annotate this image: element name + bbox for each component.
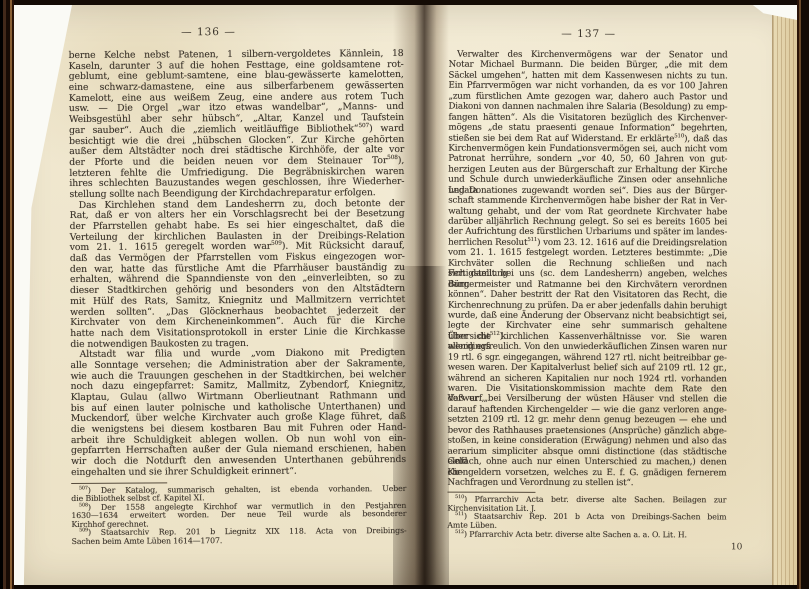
photo-frame-right bbox=[797, 0, 809, 589]
text-line: chengeldern vorsetzen, welches zu E. f. … bbox=[448, 467, 727, 478]
right-page-number-header: — 137 — bbox=[449, 28, 729, 41]
footnote-block: 507) Der Katalog, summarisch gehalten, i… bbox=[71, 484, 406, 546]
text-line: Nachfragen und Verordnung zu stellen ist… bbox=[447, 478, 726, 489]
text-line: daß er „bei Versilberung der wüsten Häus… bbox=[448, 394, 727, 405]
book-photo: — 136 — berne Kelche nebst Patenen, 1 si… bbox=[0, 0, 809, 589]
text-line: schaft stammende Kirchenvermögen habe bi… bbox=[448, 196, 727, 207]
text-line: eingehalten und sie ihrer Schuldigkeit e… bbox=[71, 466, 406, 479]
text-line: Patronat herrühre, sondern „vor 40, 50, … bbox=[448, 154, 727, 165]
left-page-body: berne Kelche nebst Patenen, 1 silbern-ve… bbox=[69, 49, 407, 479]
text-line: waltung gehabt, und der vom Rat geordnet… bbox=[448, 206, 727, 217]
text-line: Notar Michael Burmann. Die beiden Bürger… bbox=[449, 60, 728, 71]
text-line: setzten 2109 rtl. 12 gr. mehr denn genug… bbox=[448, 415, 727, 426]
text-line: einfach, ohne auch nur einen Unterschied… bbox=[448, 457, 727, 468]
text-line: stießen sie bei dem Rat auf Widerstand. … bbox=[448, 133, 727, 144]
signature-mark: 10 bbox=[447, 542, 742, 553]
text-line: wenig erfreulich. Von den unwiederkäufli… bbox=[448, 342, 727, 353]
text-line: der Aufrichtung des fürstlichen Urbarium… bbox=[448, 227, 727, 238]
text-line: während an sicheren Kapitalien nur noch … bbox=[448, 373, 727, 384]
footnote-rule bbox=[447, 492, 535, 493]
right-page-body: Verwalter des Kirchenvermögens war der S… bbox=[447, 50, 727, 489]
left-page-number-header: — 136 — bbox=[68, 25, 348, 39]
footnote-line: 512) Pfarrarchiv Acta betr. diverse alte… bbox=[447, 530, 726, 539]
text-line: Diakoni von dannen nachmalen ihre Salari… bbox=[448, 102, 727, 113]
left-page-footnotes: 507) Der Katalog, summarisch gehalten, i… bbox=[71, 480, 406, 546]
text-line: stoßen, in keine consideration (Erwägung… bbox=[448, 436, 727, 447]
photo-frame-left bbox=[0, 0, 14, 589]
footnote-rule bbox=[71, 482, 167, 484]
right-page-footnotes: 510) Pfarrarchiv Acta betr. diverse alte… bbox=[447, 492, 726, 539]
right-page: — 137 — Verwalter des Kirchenvermögens w… bbox=[447, 28, 728, 553]
photo-frame-top bbox=[0, 0, 809, 5]
text-line: Ein Pfarrvermögen war nicht vorhanden, d… bbox=[449, 81, 728, 92]
text-line: und Schule durch unwiederkäufliche Zinse… bbox=[448, 175, 727, 186]
footnote-block: 510) Pfarrarchiv Acta betr. diverse alte… bbox=[447, 496, 726, 539]
text-line: sich damit bei uns (sc. dem Landesherrn)… bbox=[448, 269, 727, 280]
text-line: wesen waren. Der Kapitalverlust belief s… bbox=[448, 363, 727, 374]
text-line: können“. Daher bestritt der Rat den Visi… bbox=[448, 290, 727, 301]
photo-frame-bottom bbox=[0, 585, 809, 589]
text-line: legte der Kirchvater eine sehr summarisc… bbox=[448, 321, 727, 332]
text-line: vom 21. 1. 1615 festgelegt worden. Letzt… bbox=[448, 248, 727, 259]
text-line: Kirchenrechnung zu prüfen. Da er aber je… bbox=[448, 300, 727, 311]
page-edge-stack bbox=[772, 5, 797, 585]
left-page: — 136 — berne Kelche nebst Patenen, 1 si… bbox=[68, 25, 406, 546]
text-line: mögens „de statu praesenti genaue Inform… bbox=[448, 123, 727, 134]
